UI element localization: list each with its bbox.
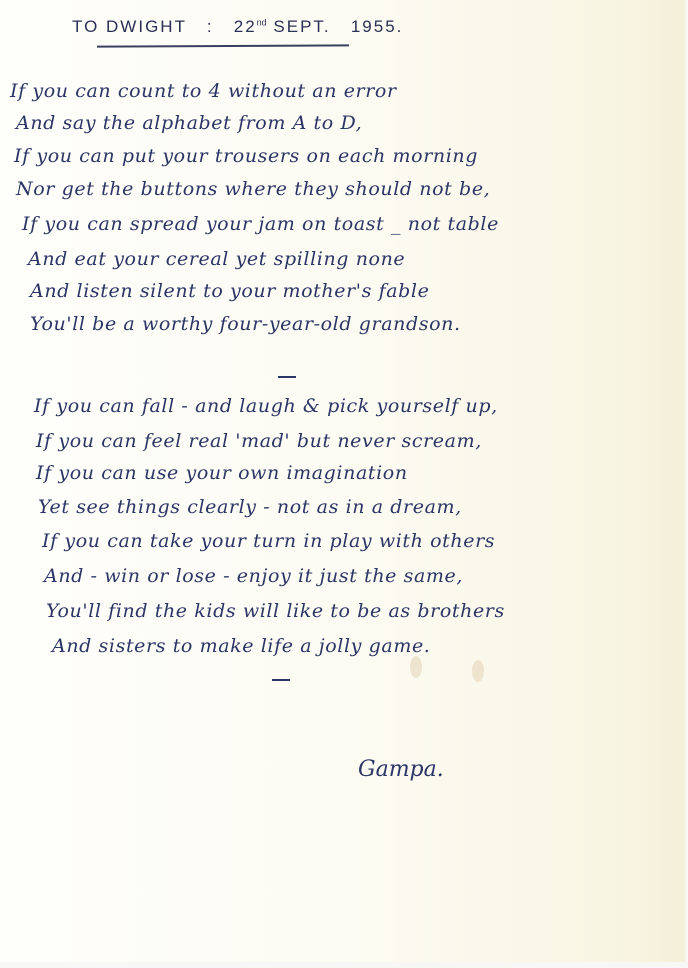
heading-year: 1955. <box>351 17 404 36</box>
poem-line: And listen silent to your mother's fable <box>30 280 429 302</box>
poem-line: If you can count to 4 without an error <box>10 80 397 102</box>
poem-line: You'll find the kids will like to be as … <box>46 600 505 622</box>
heading-recipient: TO DWIGHT <box>72 17 187 36</box>
poem-line: And - win or lose - enjoy it just the sa… <box>44 565 463 587</box>
heading-month: SEPT. <box>273 17 330 36</box>
heading-separator: : <box>207 17 214 36</box>
poem-line: If you can fall - and laugh & pick yours… <box>34 395 498 417</box>
paper-stain <box>410 656 422 678</box>
closing-divider <box>272 679 290 681</box>
poem-line: If you can feel real 'mad' but never scr… <box>36 430 482 452</box>
letter-heading: TO DWIGHT : 22nd SEPT. 1955. <box>72 17 403 37</box>
signature: Gampa. <box>358 757 444 782</box>
paper-stain <box>472 660 484 682</box>
poem-line: If you can use your own imagination <box>36 462 408 484</box>
paper-bottom-edge <box>0 962 688 968</box>
poem-line: Yet see things clearly - not as in a dre… <box>38 496 462 518</box>
poem-line: If you can put your trousers on each mor… <box>14 145 478 167</box>
poem-line: And eat your cereal yet spilling none <box>28 248 405 270</box>
heading-day: 22 <box>234 17 257 36</box>
poem-line: You'll be a worthy four-year-old grandso… <box>30 313 461 335</box>
poem-line: And say the alphabet from A to D, <box>16 112 362 134</box>
poem-line: Nor get the buttons where they should no… <box>16 178 490 200</box>
heading-day-suffix: nd <box>257 17 267 27</box>
poem-line: If you can take your turn in play with o… <box>42 530 495 552</box>
poem-line: If you can spread your jam on toast _ no… <box>22 213 499 235</box>
poem-line: And sisters to make life a jolly game. <box>52 635 430 657</box>
paper-edge <box>682 0 688 968</box>
stanza-divider <box>278 376 296 378</box>
